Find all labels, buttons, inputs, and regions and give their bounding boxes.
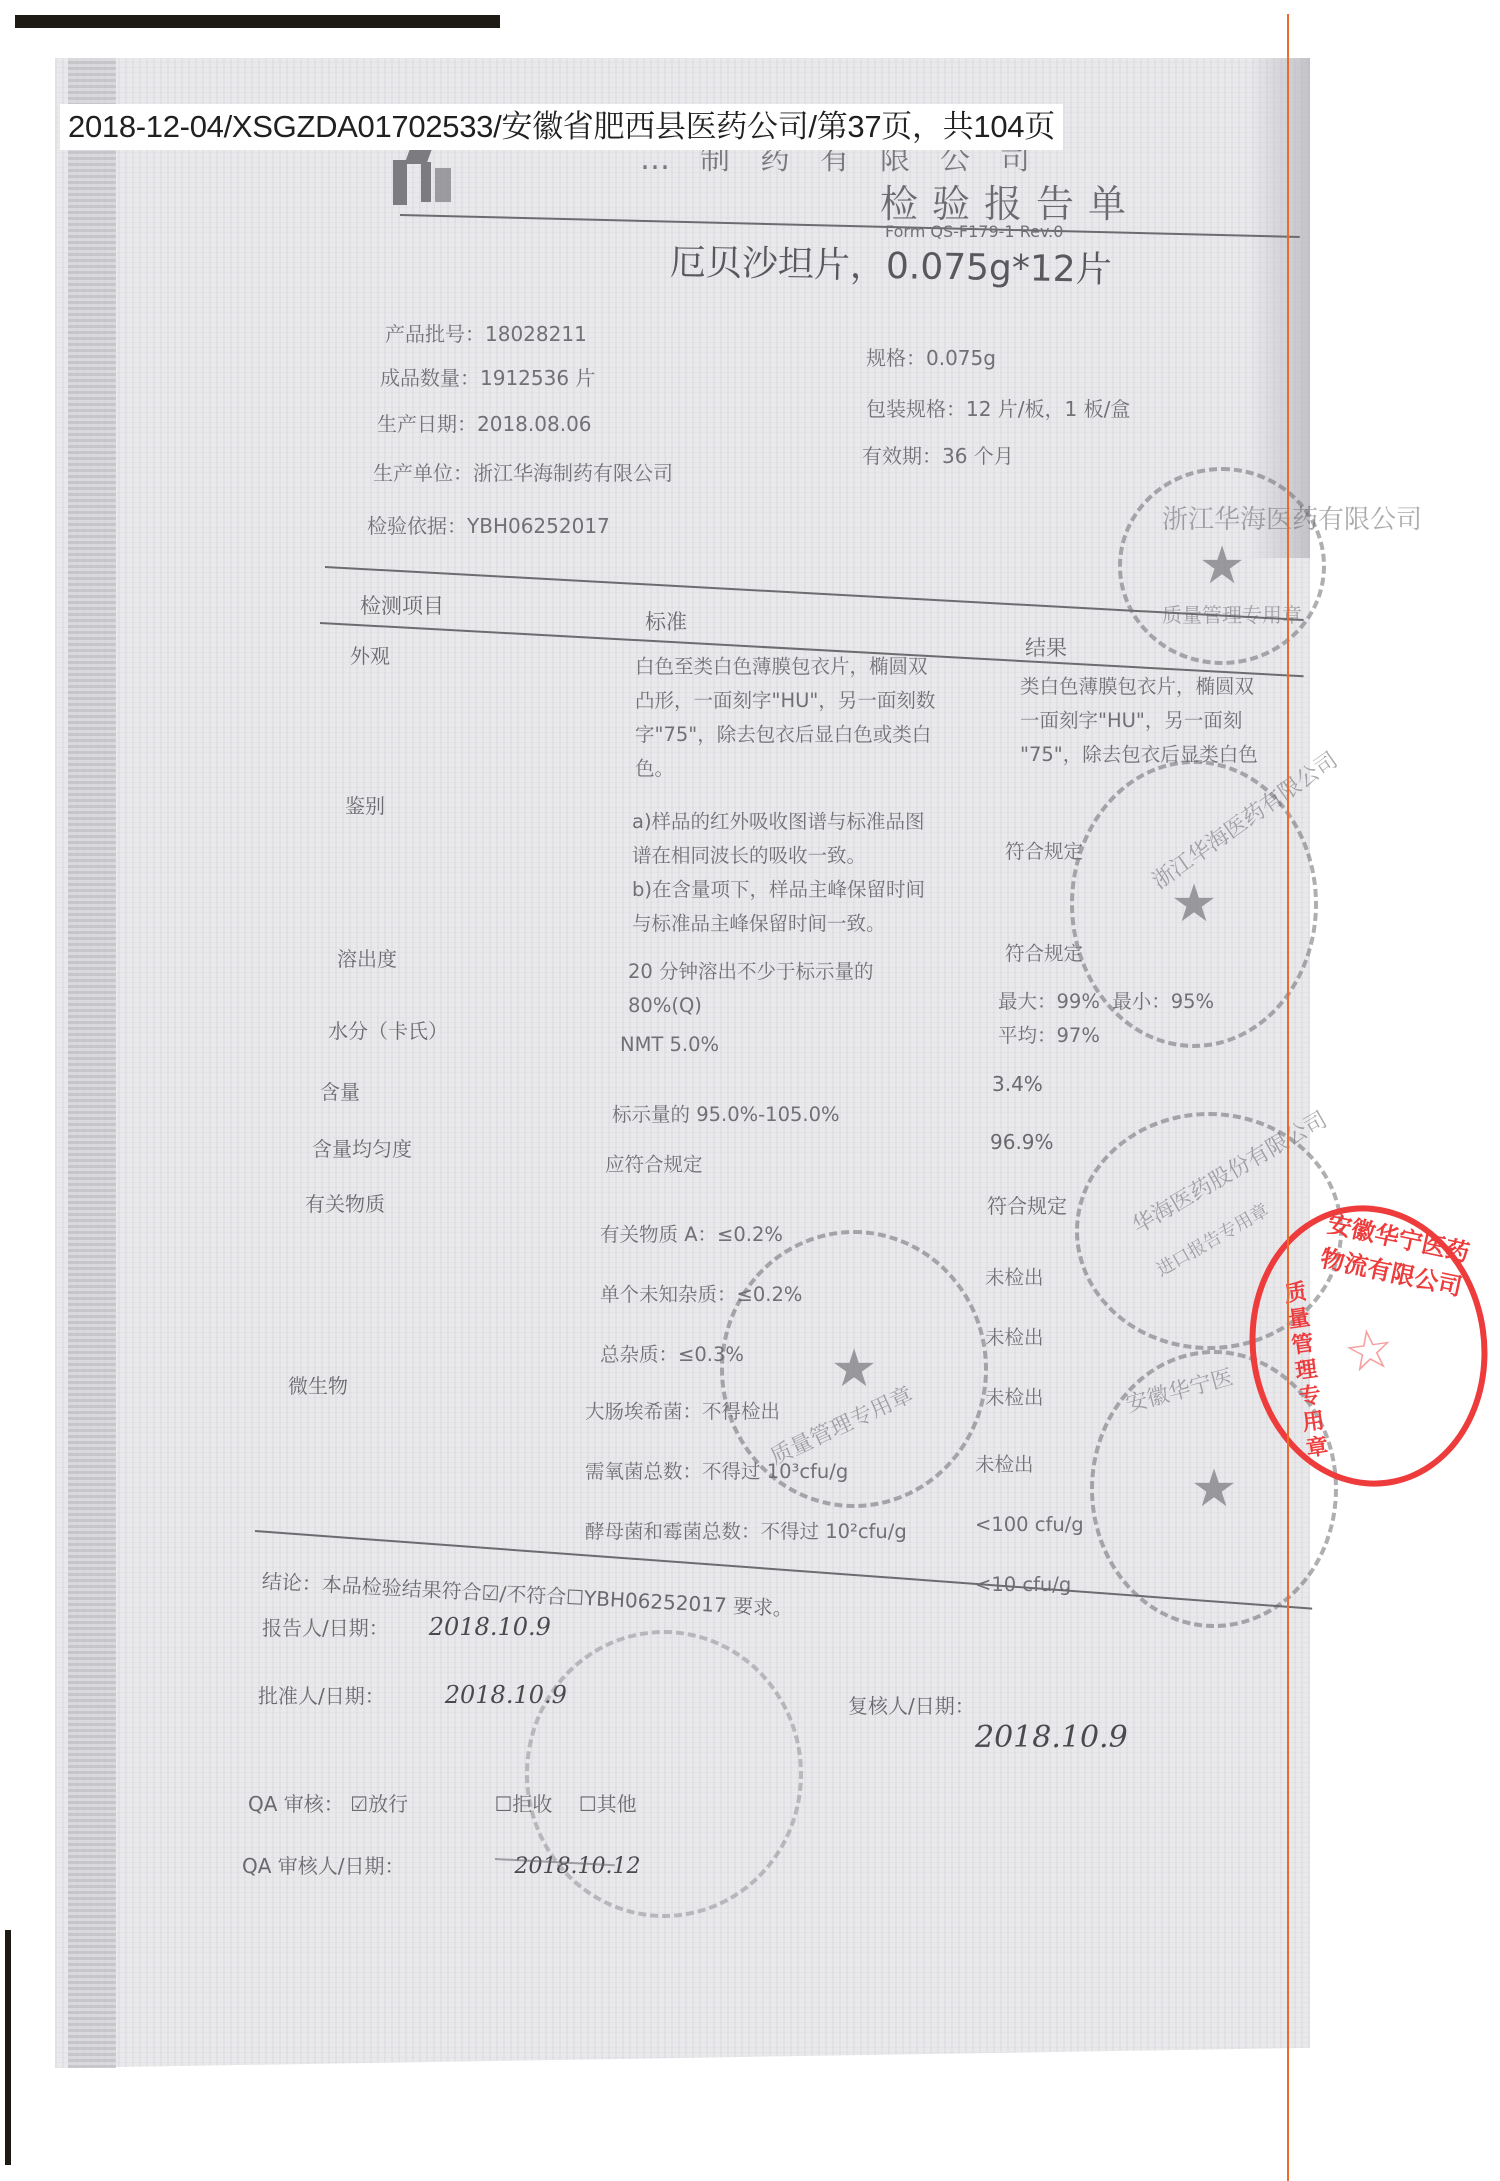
row-item-dissolution: 溶出度 <box>337 943 397 972</box>
row-result-uniformity: 符合规定 <box>987 1190 1067 1219</box>
row-standard-identification: a)样品的红外吸收图谱与标准品图 谱在相同波长的吸收一致。 b)在含量项下，样品… <box>632 805 925 941</box>
quantity: 成品数量：1912536 片 <box>380 362 595 391</box>
reviewer-signature: 2018.10.9 <box>975 1720 1128 1755</box>
reporter: 报告人/日期：2018.10.9 <box>262 1612 551 1641</box>
packaging-spec: 包装规格：12 片/板，1 板/盒 <box>866 393 1130 422</box>
row-result-related-substances: 未检出 未检出 未检出 <box>985 1248 1044 1428</box>
row-item-microbial: 微生物 <box>288 1370 348 1399</box>
row-result-appearance: 类白色薄膜包衣片，椭圆双 一面刻字"HU"，另一面刻 "75"，除去包衣后显类白… <box>1020 670 1258 772</box>
validity-period: 有效期：36 个月 <box>862 440 1014 469</box>
stamp-top-right: 浙江华海医药有限公司 ★ 质量管理专用章 <box>1118 467 1326 665</box>
star-icon: ★ <box>1199 536 1246 596</box>
production-date: 生产日期：2018.08.06 <box>377 408 592 437</box>
report-title: 检验报告单 <box>880 173 1140 228</box>
star-icon: ☆ <box>1340 1316 1399 1387</box>
product-title: 厄贝沙坦片，0.075g*12片 <box>670 234 1113 293</box>
row-item-water: 水分（卡氏） <box>328 1015 448 1044</box>
qa-option-release: ☑放行 <box>350 1792 408 1816</box>
row-result-water: 3.4% <box>992 1072 1043 1096</box>
row-item-uniformity: 含量均匀度 <box>312 1133 412 1162</box>
row-standard-assay: 标示量的 95.0%-105.0% <box>612 1098 840 1132</box>
reviewer: 复核人/日期： <box>848 1690 975 1719</box>
row-standard-uniformity: 应符合规定 <box>605 1148 703 1182</box>
row-item-identification: 鉴别 <box>345 790 385 819</box>
inspection-basis: 检验依据：YBH06252017 <box>367 510 610 539</box>
stamp-signature-area <box>525 1630 803 1918</box>
margin-line <box>1287 14 1289 2181</box>
row-standard-appearance: 白色至类白色薄膜包衣片，椭圆双 凸形，一面刻字"HU"，另一面刻数 字"75"，… <box>635 650 935 786</box>
inspection-report: …制药有限公司 检验报告单 Form QS-F179-1 Rev.0 厄贝沙坦片… <box>0 0 1500 2181</box>
stamp-center: ★ 质量管理专用章 <box>720 1230 988 1508</box>
col-header-standard: 标准 <box>645 606 687 636</box>
approver: 批准人/日期：2018.10.9 <box>258 1680 567 1709</box>
header-rule <box>400 214 1300 238</box>
row-item-appearance: 外观 <box>350 640 390 669</box>
col-header-item: 检测项目 <box>360 590 444 620</box>
manufacturer: 生产单位：浙江华海制药有限公司 <box>373 457 673 486</box>
star-icon: ★ <box>1191 1459 1238 1519</box>
company-logo-icon <box>393 150 453 205</box>
row-standard-water: NMT 5.0% <box>620 1028 719 1062</box>
row-result-assay: 96.9% <box>990 1130 1054 1154</box>
row-item-assay: 含量 <box>320 1076 360 1105</box>
row-item-related-substances: 有关物质 <box>305 1188 385 1217</box>
reporter-signature: 2018.10.9 <box>429 1613 551 1641</box>
col-header-result: 结果 <box>1025 632 1067 662</box>
specification: 规格：0.075g <box>866 342 996 371</box>
star-icon: ★ <box>831 1339 878 1399</box>
row-standard-dissolution: 20 分钟溶出不少于标示量的 80%(Q) <box>628 955 874 1023</box>
document-overlay-header: 2018-12-04/XSGZDA01702533/安徽省肥西县医药公司/第37… <box>60 104 1063 150</box>
stamp-middle-right: ★ 浙江华海医药有限公司 <box>1070 760 1318 1048</box>
batch-number: 产品批号：18028211 <box>385 318 587 347</box>
